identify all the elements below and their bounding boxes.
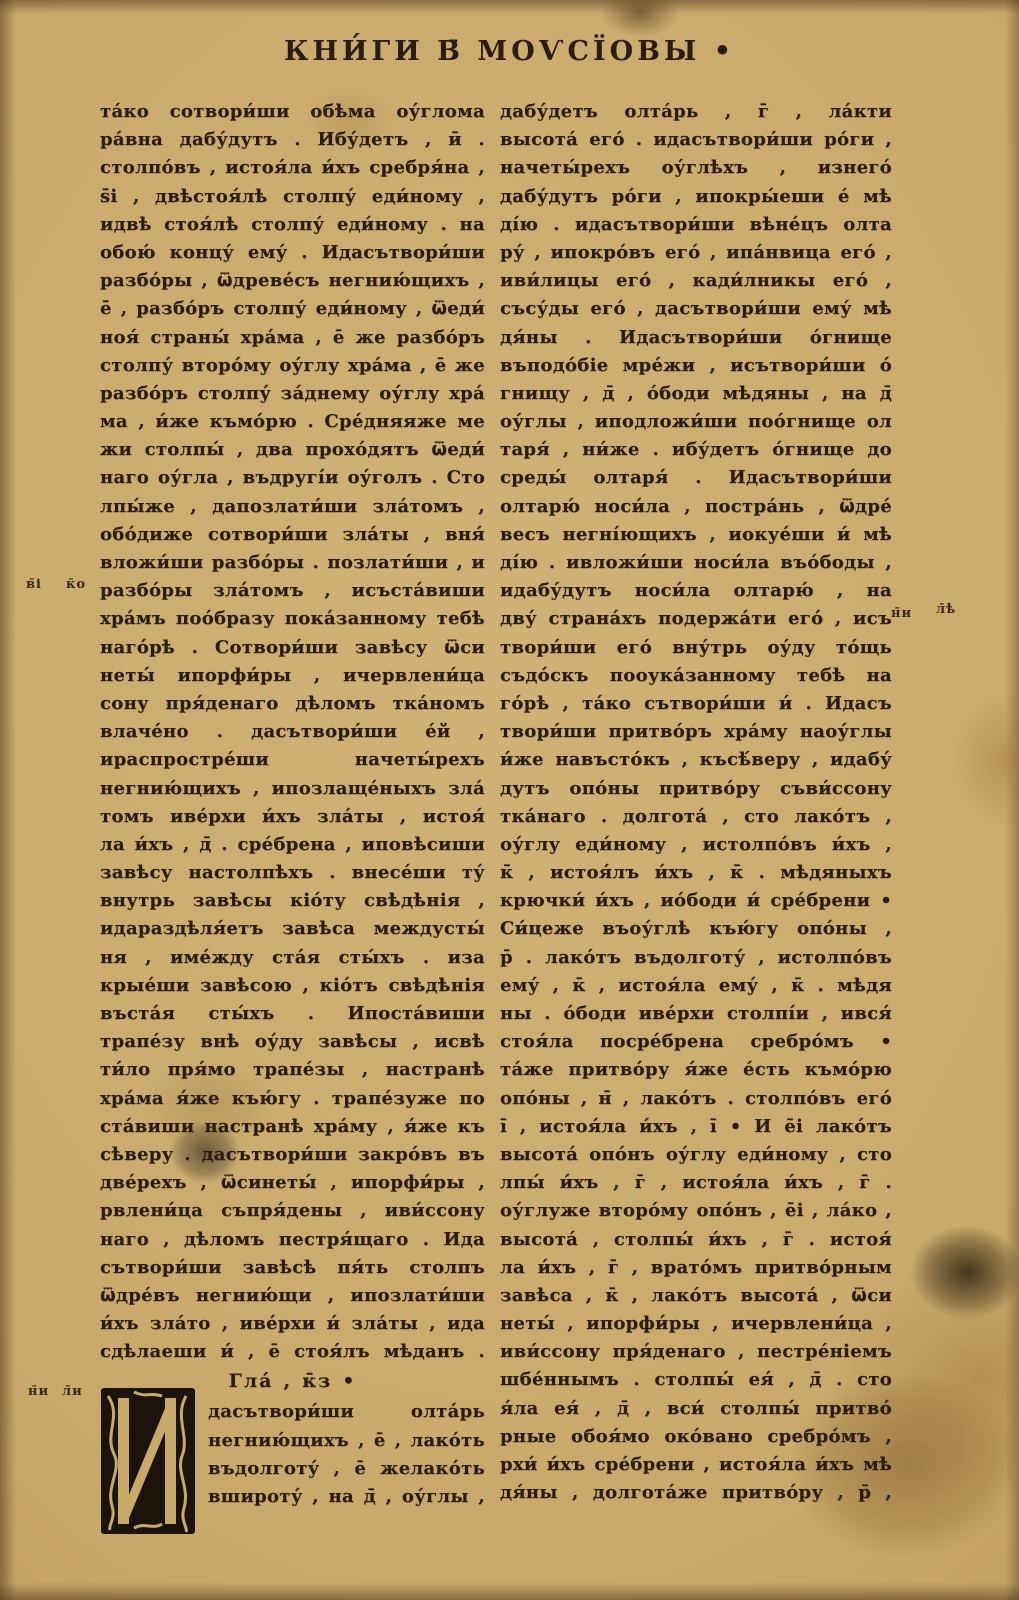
- text-line: весъ негні́ющихъ , иокуе́ши и́ мѣ: [500, 521, 892, 549]
- text-line: высота́ , столпы́ и́хъ , г̄ . истоя́: [500, 1226, 892, 1254]
- text-line: ру́ , ипокро́въ его́ , ипа́нвица его́ ,: [500, 239, 892, 267]
- text-line: хра́ма я́же къю́гу . трапе́зуже по: [100, 1085, 485, 1113]
- text-line: вложи́ши разбо́ры . позлати́ши , и: [100, 549, 485, 577]
- text-line: дутъ опо́ны притво́ру съви́ссону: [500, 775, 892, 803]
- right-column-lines: дабу́детъ олта́рь , г̄ , ла́ктивысота́ е…: [500, 98, 892, 1507]
- margin-note: л̄и: [62, 1384, 83, 1399]
- text-line: идараздѣля́етъ завѣса междусты́: [100, 915, 485, 943]
- text-line: ня , име́жду ста́я сты́хъ . иза: [100, 944, 485, 972]
- text-line: стоя́ла посре́брена сребро́мъ • широ: [500, 1028, 892, 1056]
- text-line: сѣверу . дасътвори́ши закро́въ въ: [100, 1141, 485, 1169]
- left-column: та́ко сотвори́ши обѣма оу́гломара́вна да…: [100, 98, 485, 1511]
- text-line: съсу́ды его́ , дасътвори́ши ему́ мѣ: [500, 295, 892, 323]
- text-line: оу́глуже второ́му опо́нъ , е̄і , ла́ко ,: [500, 1197, 892, 1225]
- text-line: дя́ны . Идасътвори́ши о́гнище: [500, 324, 892, 352]
- running-title: КНИ́ГИ В̄ МОѴСЇОВЫ •: [0, 36, 1019, 67]
- text-line: ді́ю . идасътвори́ши вѣне́цъ олта: [500, 211, 892, 239]
- text-line: рные обоя́мо око́вано сребро́мъ , иве́: [500, 1423, 892, 1451]
- text-line: твори́ши притво́ръ хра́му наоу́глы ,: [500, 718, 892, 746]
- text-line: оу́глы , иподложи́ши поо́гнище ол: [500, 408, 892, 436]
- text-line: я́ла ея́ , д̄ , вси́ столпы́ притво́: [500, 1395, 892, 1423]
- text-line: олтарю́ носи́ла , постра́нь , ѿдре́: [500, 493, 892, 521]
- text-line: столпу́ второ́му оу́глу хра́ма , е̄ же: [100, 352, 485, 380]
- text-line: ѕ̄і , двѣстоя́лѣ столпу́ еди́ному ,: [100, 183, 485, 211]
- text-line: столпо́въ , истоя́ла и́хъ сребря́на ,: [100, 154, 485, 182]
- text-line: р̄ . лако́тъ въдолготу́ , истолпо́въ: [500, 944, 892, 972]
- page: КНИ́ГИ В̄ МОѴСЇОВЫ • та́ко сотвори́ши об…: [0, 0, 1019, 1600]
- text-line: дасътвори́ши олта́рь ѿдре́: [208, 1398, 485, 1426]
- text-line: хра́мъ поо́бразу пока́занному тебѣ: [100, 605, 485, 633]
- text-line: среды́ олтаря́ . Идасътвори́ши: [500, 464, 892, 492]
- text-line: ѿдре́въ негнию́щи , ипозлати́ши: [100, 1282, 485, 1310]
- text-line: го́рѣ , та́ко сътвори́ши и́ . Идасъ: [500, 690, 892, 718]
- text-line: рвлени́ца съпря́дены , иви́ссону тка́: [100, 1197, 485, 1225]
- margin-note: к̄о: [66, 577, 86, 592]
- text-line: разбо́ръ столпу́ за́днему оу́глу хра́: [100, 380, 485, 408]
- text-line: негнию́щихъ , е̄ , лако́ть: [208, 1427, 485, 1455]
- text-line: иви́ссону пря́денаго , пестре́ніемъ: [500, 1338, 892, 1366]
- text-line: е̄ , разбо́ръ столпу́ еди́ному , ѿеди́: [100, 295, 485, 323]
- text-line: сътвори́ши завѣсѣ пя́ть столпъ: [100, 1254, 485, 1282]
- text-line: шбе́ннымъ . столпы́ ея́ , д̄ . сто: [500, 1366, 892, 1394]
- text-line: въдолготу́ , е̄ желако́ть: [208, 1455, 485, 1483]
- text-line: завѣса , к̄ , лако́тъ высота́ , ѿси: [500, 1282, 892, 1310]
- text-line: наго оу́гла , въдругі́и оу́голъ . Сто: [100, 464, 485, 492]
- text-line: завѣсу настолпѣхъ . внесе́ши ту́: [100, 859, 485, 887]
- text-line: ра́вна дабу́дутъ . Ибу́детъ , ӣ .: [100, 126, 485, 154]
- margin-note: н̄и: [28, 1384, 49, 1399]
- text-line: высота́ его́ . идасътвори́ши ро́ги ,: [500, 126, 892, 154]
- text-line: и́же навъсто́къ , късѣ́веру , идабу́: [500, 746, 892, 774]
- text-line: дя́ны , долгота́же притво́ру , р̄ ,: [500, 1479, 892, 1507]
- text-line: вшироту́ , на д̄ , оу́глы ,: [208, 1483, 485, 1511]
- text-line: та́ко сотвори́ши обѣма оу́глома: [100, 98, 485, 126]
- text-line: ираспростре́ши начеты́рехъ столпѣ: [100, 746, 485, 774]
- text-line: Си́цеже въоу́глѣ къю́гу опо́ны ,: [500, 915, 892, 943]
- text-line: дабу́дутъ ро́ги , ипокры́еши е́ мѣ: [500, 183, 892, 211]
- text-line: идвѣ стоя́лѣ столпу́ еди́ному . на: [100, 211, 485, 239]
- text-line: высота́ опо́нъ оу́глу еди́ному , сто: [500, 1141, 892, 1169]
- text-line: ти́ло пря́мо трапе́зы , настранѣ: [100, 1056, 485, 1084]
- text-line: и́хъ зла́то , иве́рхи и́ зла́ты , ида: [100, 1310, 485, 1338]
- text-line: разбо́ры зла́томъ , исъста́виши: [100, 577, 485, 605]
- text-line: ла и́хъ , д̄ . сре́брена , иповѣсиши: [100, 831, 485, 859]
- text-line: две́рехъ , ѿсинеты́ , ипорфи́ры , иче́: [100, 1169, 485, 1197]
- chapter-lines: дасътвори́ши олта́рь ѿдре́негнию́щихъ , …: [208, 1398, 485, 1511]
- text-line: к̄ , истоя́лъ и́хъ , к̄ . мѣдяныхъ: [500, 859, 892, 887]
- text-line: въподо́біе мре́жи , исътвори́ши о́: [500, 352, 892, 380]
- text-line: томъ иве́рхи и́хъ зла́ты , истоя́: [100, 803, 485, 831]
- text-line: і̄ , истоя́ла и́хъ , і̄ • И е̄і лако́тъ: [500, 1113, 892, 1141]
- text-line: ді́ю . ивложи́ши носи́ла въо́боды ,: [500, 549, 892, 577]
- text-line: дву́ страна́хъ подержа́ти его́ , исъ: [500, 605, 892, 633]
- text-line: неты́ , ипорфи́ры , ичервлени́ца ,: [500, 1310, 892, 1338]
- text-line: гнищу , д̄ , о́боди мѣдяны , на д̄: [500, 380, 892, 408]
- left-column-lines: та́ко сотвори́ши обѣма оу́гломара́вна да…: [100, 98, 485, 1366]
- margin-note: л̄ѣ: [936, 602, 956, 617]
- text-line: крые́ши завѣсою , кіо́тъ свѣдѣнія: [100, 972, 485, 1000]
- text-line: лпы́ и́хъ , г̄ , истоя́ла и́хъ , г̄ .: [500, 1169, 892, 1197]
- text-line: ноя́ страны́ хра́ма , е̄ же разбо́ръ: [100, 324, 485, 352]
- text-line: опо́ны , н̄ , лако́тъ . столпо́въ его́: [500, 1085, 892, 1113]
- text-line: негнию́щихъ , ипозлаще́ныхъ зла́: [100, 775, 485, 803]
- text-line: наго , дѣломъ пестря́щаго . Ида: [100, 1226, 485, 1254]
- text-line: разбо́ры , ѿдреве́съ негнию́щихъ ,: [100, 267, 485, 295]
- text-line: начеты́рехъ оу́глѣхъ , изнего́: [500, 154, 892, 182]
- text-line: оу́глу еди́ному , истолпо́въ и́хъ ,: [500, 831, 892, 859]
- text-line: обо́диже сотвори́ши зла́ты , вня́: [100, 521, 485, 549]
- text-line: таря́ , ни́же . ибу́детъ о́гнище до: [500, 436, 892, 464]
- text-line: жи столпы́ , два прохо́дятъ ѿеди́: [100, 436, 485, 464]
- text-line: твори́ши его́ вну́трь оу́ду то́щь: [500, 634, 892, 662]
- text-line: сдѣлаеши и́ , е̄ стоя́лъ мѣданъ .: [100, 1338, 485, 1366]
- text-line: съдо́скъ пооука́занному тебѣ на: [500, 662, 892, 690]
- chapter-block: И дасътвори́ши олта́рь ѿдре́негнию́щихъ …: [100, 1398, 485, 1511]
- margin-note: в̄і: [26, 577, 42, 592]
- text-line: обою́ концу́ ему́ . Идасътвори́ши: [100, 239, 485, 267]
- text-line: ма , и́же къмо́рю . Сре́дняяже ме: [100, 408, 485, 436]
- text-line: рхи́ и́хъ сре́брени , истоя́ла и́хъ мѣ: [500, 1451, 892, 1479]
- text-line: наго́рѣ . Сотвори́ши завѣсу ѿси: [100, 634, 485, 662]
- text-line: трапе́зу внѣ оу́ду завѣсы , исвѣ: [100, 1028, 485, 1056]
- text-line: иви́лицы его́ , кади́лникы его́ , ився́: [500, 267, 892, 295]
- decorative-initial-icon: И: [98, 1382, 198, 1538]
- text-line: дабу́детъ олта́рь , г̄ , ла́кти: [500, 98, 892, 126]
- text-line: внутрь завѣсы кіо́ту свѣдѣнія ,: [100, 887, 485, 915]
- text-line: идабу́дутъ носи́ла олтарю́ , на: [500, 577, 892, 605]
- initial-letter: И: [98, 1538, 99, 1539]
- text-line: неты́ ипорфи́ры , ичервлени́ца иви́с: [100, 662, 485, 690]
- text-line: лпы́же , дапозлати́ши зла́томъ ,: [100, 493, 485, 521]
- text-line: ста́виши настранѣ хра́му , я́же къ: [100, 1113, 485, 1141]
- text-line: ему́ , к̄ , истоя́ла ему́ , к̄ . мѣдя: [500, 972, 892, 1000]
- margin-note: н̄и: [891, 606, 912, 621]
- text-line: въста́я сты́хъ . Ипоста́виши: [100, 1000, 485, 1028]
- text-line: тка́наго . долгота́ , сто лако́тъ ,: [500, 803, 892, 831]
- text-line: ла и́хъ , г̄ , врато́мъ притво́рным: [500, 1254, 892, 1282]
- text-line: крючки́ и́хъ , ио́боди и́ сре́брени •: [500, 887, 892, 915]
- right-column: дабу́детъ олта́рь , г̄ , ла́ктивысота́ е…: [500, 98, 892, 1507]
- text-line: ны . о́боди иве́рхи столпі́и , ився́: [500, 1000, 892, 1028]
- text-line: сону пря́денаго дѣломъ тка́номъ: [100, 690, 485, 718]
- text-line: влаче́но . дасътвори́ши е́й , херуви́м ,: [100, 718, 485, 746]
- text-line: та́же притво́ру я́же е́сть къмо́рю: [500, 1056, 892, 1084]
